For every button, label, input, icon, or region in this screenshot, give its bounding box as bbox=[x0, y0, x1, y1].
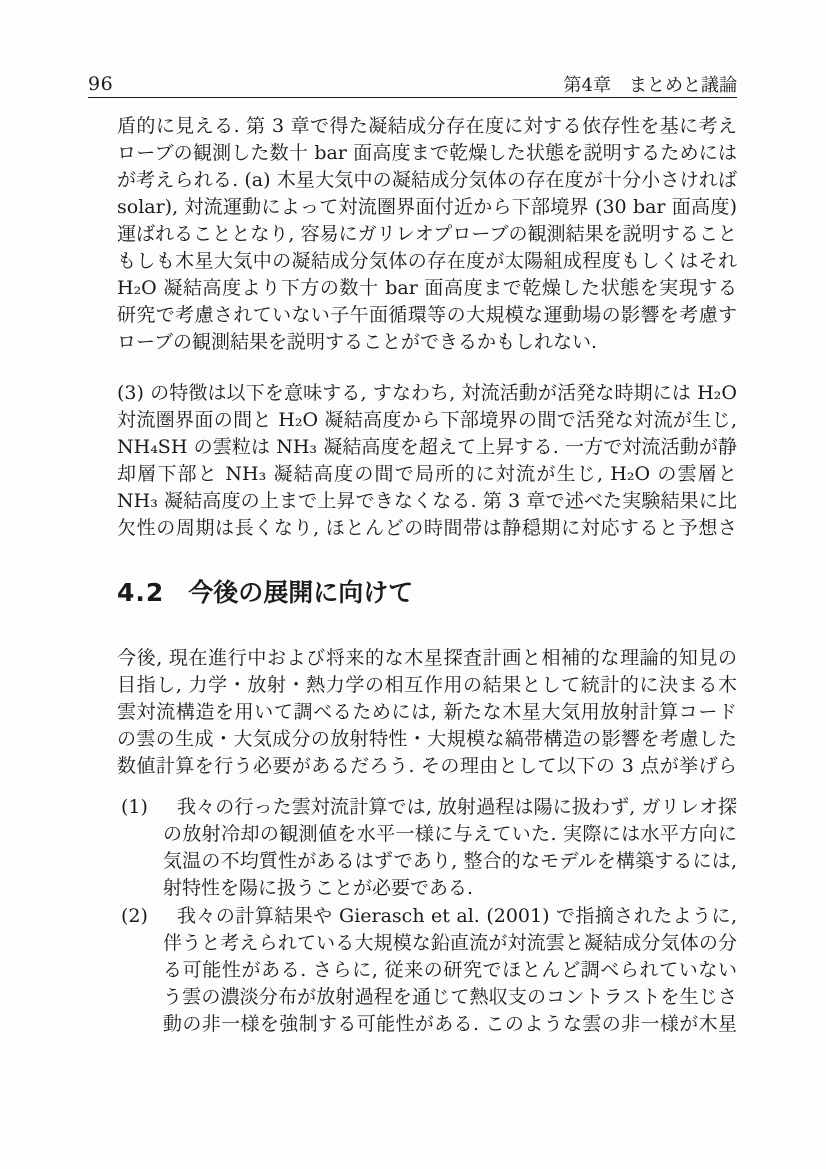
paragraph-line: の雲の生成・大気成分の放射特性・大規模な縞帯構造の影響を考慮した木星雲対流の直接 bbox=[117, 726, 737, 753]
list-item-line: 射特性を陽に扱うことが必要である. bbox=[163, 875, 737, 902]
paragraph-1: 盾的に見える. 第 3 章で得た凝結成分存在度に対する依存性を基に考えると, ガ… bbox=[117, 113, 737, 356]
list-item-2: 我々の計算結果や Gierasch et al. (2001) で指摘されたよう… bbox=[163, 903, 737, 1038]
paragraph-2: (3) の特徴は以下を意味する, すなわち, 対流活動が活発な時期には H₂O … bbox=[117, 380, 737, 542]
paragraph-line: 却層下部と NH₃ 凝結高度の間で局所的に対流が生じ, H₂O の雲層と NH₄… bbox=[117, 461, 737, 488]
page-number: 96 bbox=[88, 73, 113, 95]
thesis-page: 96 第4章 まとめと議論 盾的に見える. 第 3 章で得た凝結成分存在度に対す… bbox=[0, 0, 826, 1169]
section-title: 今後の展開に向けて bbox=[188, 578, 413, 607]
paragraph-line: NH₃ 凝結高度の上まで上昇できなくなる. 第 3 章で述べた実験結果に比べ, … bbox=[117, 488, 737, 515]
paragraph-line: NH₄SH の雲粒は NH₃ 凝結高度を超えて上昇する. 一方で対流活動が静穏な… bbox=[117, 434, 737, 461]
paragraph-line: 運ばれることとなり, 容易にガリレオプローブの観測結果を説明することができる. … bbox=[117, 221, 737, 248]
list-item-1-label: (1) bbox=[121, 794, 148, 821]
paragraph-line: 数値計算を行う必要があるだろう. その理由として以下の 3 点が挙げられる. bbox=[117, 753, 737, 780]
paragraph-line: ローブの観測結果を説明することができるかもしれない. bbox=[117, 329, 737, 356]
list-item-line: 動の非一様を強制する可能性がある. このような雲の非一様が木星全体の平均的な bbox=[163, 1011, 737, 1038]
paragraph-line: 盾的に見える. 第 3 章で得た凝結成分存在度に対する依存性を基に考えると, ガ… bbox=[117, 113, 737, 140]
paragraph-line: 目指し, 力学・放射・熱力学の相互作用の結果として統計的に決まる木星大気の平均的… bbox=[117, 672, 737, 699]
paragraph-line: が考えられる. (a) 木星大気中の凝結成分気体の存在度が十分小さければ (例え… bbox=[117, 167, 737, 194]
paragraph-line: solar), 対流運動によって対流圏界面付近から下部境界 (30 bar 面高… bbox=[117, 194, 737, 221]
list-item-1: 我々の行った雲対流計算では, 放射過程は陽に扱わず, ガリレオ探査機による正味 … bbox=[163, 794, 737, 902]
list-item-line: 我々の行った雲対流計算では, 放射過程は陽に扱わず, ガリレオ探査機による正味 bbox=[163, 794, 737, 821]
paragraph-line: もしも木星大気中の凝結成分気体の存在度が太陽組成程度もしくはそれより大きければ, bbox=[117, 248, 737, 275]
list-item-line: 伴うと考えられている大規模な鉛直流が対流雲と凝結成分気体の分布を支配してい bbox=[163, 930, 737, 957]
list-item-line: 我々の計算結果や Gierasch et al. (2001) で指摘されたよう… bbox=[163, 903, 737, 930]
section-number: 4.2 bbox=[117, 578, 164, 608]
list-item-line: の放射冷却の観測値を水平一様に与えていた. 実際には水平方向にも吸収源物質や bbox=[163, 821, 737, 848]
paragraph-line: 欠性の周期は長くなり, ほとんどの時間帯は静穏期に対応すると予想される. bbox=[117, 515, 737, 542]
section-heading: 4.2今後の展開に向けて bbox=[117, 578, 413, 608]
paragraph-3: 今後, 現在進行中および将来的な木星探査計画と相補的な理論的知見の提供を行うこと… bbox=[117, 645, 737, 780]
list-item-line: る可能性がある. さらに, 従来の研究でほとんど調べられていないが, 縞帯構造に… bbox=[163, 957, 737, 984]
paragraph-line: 対流圏界面の間と H₂O 凝結高度から下部境界の間で活発な対流が生じ, H₂O … bbox=[117, 407, 737, 434]
list-item-2-label: (2) bbox=[121, 903, 148, 930]
chapter-header-title: 第4章 まとめと議論 bbox=[564, 75, 737, 96]
paragraph-line: (3) の特徴は以下を意味する, すなわち, 対流活動が活発な時期には H₂O … bbox=[117, 380, 737, 407]
paragraph-line: ローブの観測した数十 bar 面高度まで乾燥した状態を説明するためには 2 つの… bbox=[117, 140, 737, 167]
paragraph-line: 今後, 現在進行中および将来的な木星探査計画と相補的な理論的知見の提供を行うこと… bbox=[117, 645, 737, 672]
paragraph-line: 雲対流構造を用いて調べるためには, 新たな木星大気用放射計算コードの開発と, 3… bbox=[117, 699, 737, 726]
paragraph-line: 研究で考慮されていない子午面循環等の大規模な運動場の影響を考慮すれば, ガリレオ… bbox=[117, 302, 737, 329]
list-item-line: う雲の濃淡分布が放射過程を通じて熱収支のコントラストを生じさせ, やはり雲活 bbox=[163, 984, 737, 1011]
paragraph-line: H₂O 凝結高度より下方の数十 bar 面高度まで乾燥した状態を実現することは難… bbox=[117, 275, 737, 302]
header-rule bbox=[88, 97, 737, 98]
list-item-line: 気温の不均質性があるはずであり, 整合的なモデルを構築するには, 木星大気の放 bbox=[163, 848, 737, 875]
